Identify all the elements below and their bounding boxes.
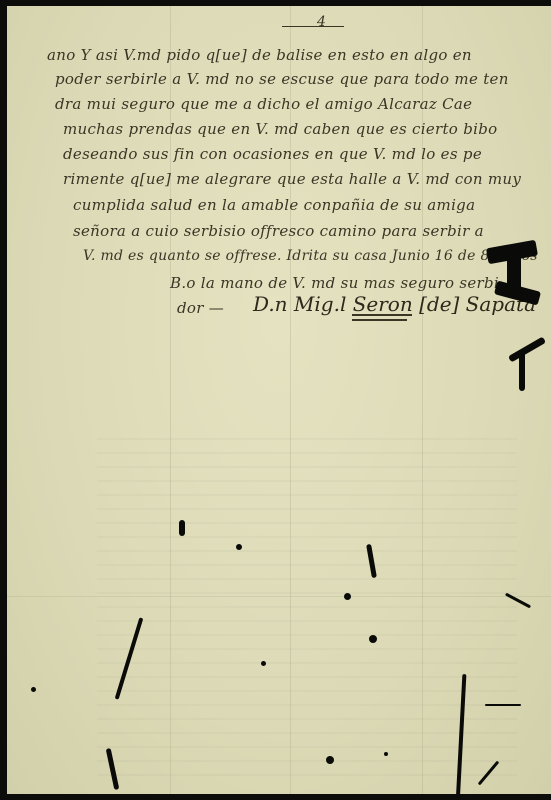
signature-underline [352, 314, 412, 316]
ink-blot [485, 704, 521, 706]
closing-line: B.o la mano de V. md su mas seguro serbi [170, 274, 499, 292]
body-line: cumplida salud en la amable conpañia de … [73, 196, 475, 214]
page-number: 4 [317, 14, 326, 30]
ink-blot [179, 520, 185, 536]
ink-dot [326, 756, 334, 764]
body-line: ano Y asi V.md pido q[ue] de balise en e… [47, 46, 472, 64]
body-line: deseando sus fin con ocasiones en que V.… [63, 145, 482, 163]
signature-underline [352, 319, 407, 321]
body-line: dra mui seguro que me a dicho el amigo A… [55, 95, 472, 113]
ink-dot [31, 687, 36, 692]
body-line: V. md es quanto se offrese. Idrita su ca… [83, 248, 538, 264]
bleed-through-text [97, 436, 517, 776]
body-line: señora a cuio serbisio offresco camino p… [73, 222, 484, 240]
page-number-rule [282, 26, 344, 27]
signature: D.n Mig.l Seron [de] Sapata [253, 292, 536, 316]
body-line: muchas prendas que en V. md caben que es… [63, 120, 497, 138]
ink-dot [236, 544, 242, 550]
ink-blot [508, 336, 546, 362]
ink-blot [519, 351, 525, 391]
ink-dot [344, 593, 351, 600]
closing-line: dor — [177, 299, 224, 317]
ink-dot [384, 752, 388, 756]
ink-dot [261, 661, 266, 666]
ink-dot [369, 635, 377, 643]
body-line: poder serbirle a V. md no se escuse que … [55, 70, 509, 88]
body-line: rimente q[ue] me alegrare que esta halle… [63, 170, 521, 188]
manuscript-page: 4 ano Y asi V.md pido q[ue] de balise en… [7, 6, 551, 794]
